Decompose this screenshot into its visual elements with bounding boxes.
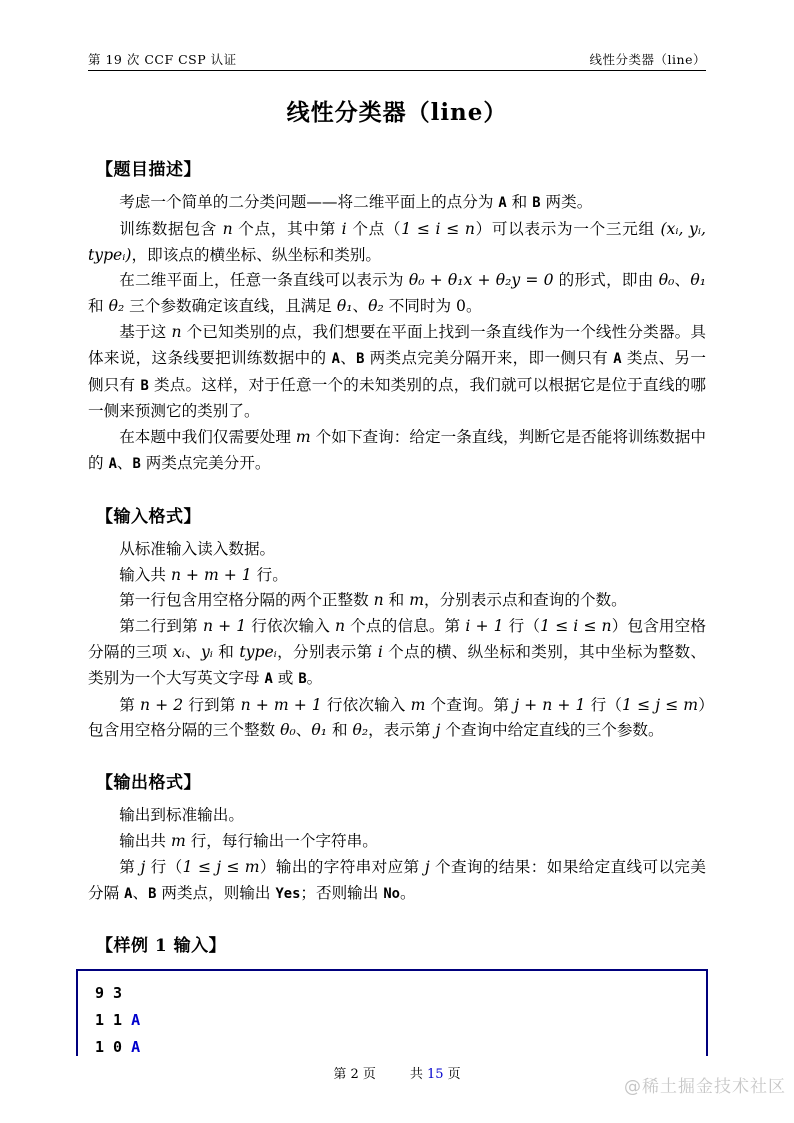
run-text: 、 [674, 271, 690, 289]
paragraph: 在二维平面上，任意一条直线可以表示为 θ₀ + θ₁x + θ₂y = 0 的形… [88, 268, 706, 320]
run-text: 、 [117, 454, 133, 472]
section-heading: 【样例 1 输入】 [88, 931, 706, 956]
section: 【题目描述】考虑一个简单的二分类问题——将二维平面上的点分为 A 和 B 两类。… [88, 155, 706, 478]
run-text: 基于这 [119, 323, 171, 341]
paragraph: 第一行包含用空格分隔的两个正整数 n 和 m，分别表示点和查询的个数。 [88, 588, 706, 614]
run-text: 第 [119, 696, 140, 714]
run-math: typeᵢ [239, 643, 276, 661]
run-text: 和 [213, 643, 239, 661]
run-math: m [296, 428, 311, 446]
run-text: 个查询。第 [425, 696, 514, 714]
run-math: m [411, 696, 426, 714]
paragraph: 第 j 行（1 ≤ j ≤ m）输出的字符串对应第 j 个查询的结果：如果给定直… [88, 855, 706, 908]
run-text: 行（ [585, 696, 622, 714]
run-text: 或 [273, 669, 299, 687]
run-text: 行（ [145, 858, 182, 876]
run-math: n [223, 220, 233, 238]
run-text: 输出共 [119, 832, 171, 850]
page-header: 第 19 次 CCF CSP 认证 线性分类器（line） [88, 50, 706, 68]
run-inline-code: B [140, 378, 148, 394]
code-class-letter: A [131, 1011, 140, 1029]
run-math: θ₁ [690, 271, 706, 289]
run-text: 行依次输入 [322, 696, 411, 714]
run-text: 和 [88, 297, 109, 315]
header-left: 第 19 次 CCF CSP 认证 [88, 50, 237, 68]
paragraph: 输出共 m 行，每行输出一个字符串。 [88, 829, 706, 855]
run-text: 、 [296, 721, 312, 739]
run-math: n + 1 [203, 617, 246, 635]
paragraph: 第 n + 2 行到第 n + m + 1 行依次输入 m 个查询。第 j + … [88, 693, 706, 745]
run-text: 行（ [504, 617, 541, 635]
header-right: 线性分类器（line） [590, 50, 706, 68]
run-inline-code: A [613, 351, 621, 367]
run-inline-code: B [532, 195, 540, 211]
sample-code-line: 21 1 A [95, 1007, 706, 1034]
run-inline-code: B [298, 671, 306, 687]
sample-input-wrap: 19 321 1 A31 0 A [88, 969, 706, 1056]
page-title: 线性分类器（line） [0, 94, 794, 127]
run-text: 和 [507, 193, 533, 211]
run-math: n + 2 [140, 696, 183, 714]
section: 【输出格式】输出到标准输出。输出共 m 行，每行输出一个字符串。第 j 行（1 … [88, 768, 706, 907]
run-math: θ₁ [337, 297, 353, 315]
run-math: θ₀ [280, 721, 296, 739]
paragraph: 从标准输入读入数据。 [88, 537, 706, 563]
run-inline-code: A [109, 456, 117, 472]
run-text: 个点的信息。第 [345, 617, 465, 635]
run-math: n [172, 323, 182, 341]
footer-total-suffix: 页 [444, 1067, 461, 1082]
run-text: 三个参数确定该直线，且满足 [124, 297, 337, 315]
run-math: m [171, 832, 186, 850]
run-text: 个点，其中第 [233, 220, 342, 238]
code-class-letter: A [131, 1038, 140, 1056]
footer-total-pages: 15 [427, 1067, 444, 1082]
footer-total-prefix: 共 [410, 1067, 427, 1082]
watermark: @稀土掘金技术社区 [624, 1072, 786, 1097]
run-text: 类点。这样，对于任意一个的未知类别的点，我们就可以根据它是位于直线的哪一侧来预测… [88, 376, 706, 421]
paragraph: 训练数据包含 n 个点，其中第 i 个点（1 ≤ i ≤ n）可以表示为一个三元… [88, 217, 706, 269]
run-math: n [374, 591, 384, 609]
code-text: 1 0 [95, 1038, 131, 1056]
sections: 【题目描述】考虑一个简单的二分类问题——将二维平面上的点分为 A 和 B 两类。… [88, 155, 706, 907]
run-inline-code: A [498, 195, 506, 211]
run-math: 1 ≤ j ≤ m [183, 858, 260, 876]
run-text: 行依次输入 [246, 617, 335, 635]
run-text: 、 [340, 349, 356, 367]
section-heading: 【输入格式】 [88, 502, 706, 527]
run-text: 个点（ [347, 220, 402, 238]
run-text: 。 [400, 884, 416, 902]
sample-input-code-block: 19 321 1 A31 0 A [76, 969, 708, 1056]
run-text: ，分别表示第 [277, 643, 378, 661]
run-inline-code: Yes [275, 886, 300, 902]
run-text: 、 [352, 297, 368, 315]
run-text: 第一行包含用空格分隔的两个正整数 [119, 591, 373, 609]
run-text: 不同时为 0。 [384, 297, 482, 315]
run-math: 1 ≤ i ≤ n [401, 220, 475, 238]
run-text: ，即该点的横坐标、纵坐标和类别。 [132, 246, 382, 264]
run-math: n + m + 1 [171, 566, 252, 584]
run-text: 的形式，即由 [554, 271, 659, 289]
run-text: 行，每行输出一个字符串。 [186, 832, 378, 850]
run-text: 两类。 [541, 193, 593, 211]
section: 【输入格式】从标准输入读入数据。输入共 n + m + 1 行。第一行包含用空格… [88, 502, 706, 744]
run-text: 。 [307, 669, 323, 687]
paragraph: 输入共 n + m + 1 行。 [88, 563, 706, 589]
run-math: yᵢ [201, 643, 213, 661]
run-text: 、 [185, 643, 201, 661]
run-text: 在本题中我们仅需要处理 [119, 428, 296, 446]
run-inline-code: B [132, 456, 140, 472]
run-math: θ₀ [659, 271, 675, 289]
code-text: 9 3 [95, 984, 122, 1002]
sample-code-line: 19 3 [95, 980, 706, 1007]
sample-section: 【样例 1 输入】 19 321 1 A31 0 A [88, 931, 706, 1056]
paragraph: 第二行到第 n + 1 行依次输入 n 个点的信息。第 i + 1 行（1 ≤ … [88, 614, 706, 692]
run-text: 两类点完美分隔开来，即一侧只有 [364, 349, 613, 367]
run-math: θ₂ [109, 297, 125, 315]
run-math: θ₂ [368, 297, 384, 315]
run-text: 、 [132, 884, 148, 902]
run-math: i + 1 [465, 617, 503, 635]
run-inline-code: A [265, 671, 273, 687]
run-text: 个查询中给定直线的三个参数。 [440, 721, 663, 739]
code-text: 1 1 [95, 1011, 131, 1029]
run-text: 在二维平面上，任意一条直线可以表示为 [119, 271, 409, 289]
run-math: 1 ≤ i ≤ n [540, 617, 611, 635]
run-math: xᵢ [173, 643, 185, 661]
run-text: 第 [119, 858, 140, 876]
run-text: 考虑一个简单的二分类问题——将二维平面上的点分为 [119, 193, 498, 211]
run-inline-code: No [383, 886, 400, 902]
run-text: 输入共 [119, 566, 171, 584]
run-text: 从标准输入读入数据。 [119, 540, 275, 558]
footer-page-label: 第 2 页 [333, 1067, 376, 1082]
run-math: n + m + 1 [241, 696, 322, 714]
run-math: 1 ≤ j ≤ m [622, 696, 698, 714]
run-text: 训练数据包含 [119, 220, 222, 238]
document-body: 【题目描述】考虑一个简单的二分类问题——将二维平面上的点分为 A 和 B 两类。… [88, 140, 706, 1056]
run-text: ，分别表示点和查询的个数。 [424, 591, 627, 609]
run-math: θ₁ [311, 721, 327, 739]
run-text: ）输出的字符串对应第 [260, 858, 425, 876]
sample-code-line: 31 0 A [95, 1034, 706, 1056]
document-page: 第 19 次 CCF CSP 认证 线性分类器（line） 线性分类器（line… [0, 0, 794, 1123]
run-text: 和 [384, 591, 410, 609]
run-math: θ₀ + θ₁x + θ₂y = 0 [409, 271, 554, 289]
run-text: 和 [327, 721, 353, 739]
run-text: 两类点，则输出 [156, 884, 275, 902]
run-text: 输出到标准输出。 [119, 806, 244, 824]
run-text: 行到第 [183, 696, 240, 714]
run-text: ，表示第 [368, 721, 435, 739]
run-inline-code: A [332, 351, 340, 367]
run-text: 第二行到第 [119, 617, 203, 635]
run-math: θ₂ [353, 721, 369, 739]
section-heading: 【输出格式】 [88, 768, 706, 793]
section-heading: 【题目描述】 [88, 155, 706, 180]
run-text: ）可以表示为一个三元组 [475, 220, 661, 238]
run-text: 行。 [252, 566, 288, 584]
paragraph: 输出到标准输出。 [88, 803, 706, 829]
header-divider [88, 70, 706, 71]
run-math: n [335, 617, 345, 635]
run-math: j + n + 1 [514, 696, 585, 714]
paragraph: 基于这 n 个已知类别的点，我们想要在平面上找到一条直线作为一个线性分类器。具体… [88, 320, 706, 425]
run-text: ；否则输出 [300, 884, 383, 902]
paragraph: 考虑一个简单的二分类问题——将二维平面上的点分为 A 和 B 两类。 [88, 190, 706, 217]
run-math: m [409, 591, 424, 609]
paragraph: 在本题中我们仅需要处理 m 个如下查询：给定一条直线，判断它是否能将训练数据中的… [88, 425, 706, 478]
run-text: 两类点完美分开。 [141, 454, 271, 472]
